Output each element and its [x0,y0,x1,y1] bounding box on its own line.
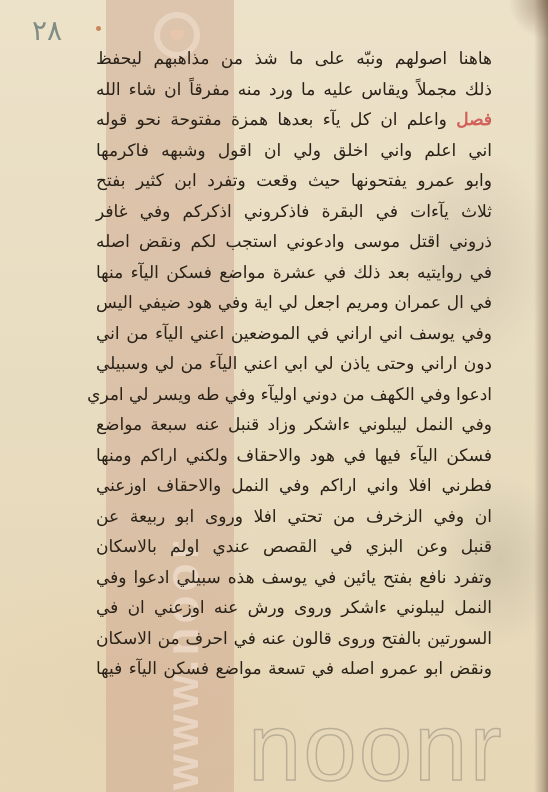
text-line: ثلاث يآءات في البقرة فاذكروني اذكركم وفي… [96,197,492,228]
text-line: ذروني اقتل موسى وادعوني استجب لكم ونقض ا… [96,227,492,258]
text-line: ادعوا وفي الكهف من دوني اوليآء وفي طه وي… [96,380,492,411]
manuscript-text: هاهنا اصولهم ونبّه على ما شذ من مذاهبهم … [96,44,492,685]
ink-spot [96,26,101,31]
text-line-rubric: فصل واعلم ان كل يآء بعدها همزة مفتوحة نح… [96,105,492,136]
text-line: ذلك مجملاً ويقاس عليه ما ورد منه مفرقاً … [96,75,492,106]
text-line: فطرني افلا واني اراكم وفي النمل والاحقاف… [96,471,492,502]
text-line: واعلم ان كل يآء بعدها همزة مفتوحة نحو قو… [96,110,447,130]
text-line: دون اراني وحتى ياذن لي ابي اعني اليآء من… [96,349,492,380]
text-line: ونقض ابو عمرو اصله في تسعة مواضع فسكن ال… [96,654,492,685]
text-line: وفي النمل ليبلوني ءاشكر وزاد قنبل عنه سب… [96,410,492,441]
text-line: هاهنا اصولهم ونبّه على ما شذ من مذاهبهم … [96,44,492,75]
text-line: في ال عمران ومريم اجعل لي اية وفي هود ضي… [96,288,492,319]
watermark-horizontal-text: noonr [248,700,504,792]
folio-number: ٢٨ [32,14,62,47]
text-line: وابو عمرو يفتحونها حيث وقعت وتفرد ابن كث… [96,166,492,197]
text-line: في روايتيه بعد ذلك في عشرة مواضع فسكن ال… [96,258,492,289]
text-line: ان وفي الزخرف من تحتي افلا وروى ابو ربيع… [96,502,492,533]
manuscript-page: www.noor ٢٨ هاهنا اصولهم ونبّه على ما شذ… [0,0,548,792]
rubric-heading: فصل [456,110,492,130]
text-line: وتفرد نافع بفتح يائين في يوسف هذه سبيلي … [96,563,492,594]
page-edge [534,0,548,792]
text-line: قنبل وعن البزي في القصص عندي اولم بالاسك… [96,532,492,563]
text-line: فسكن اليآء فيها في هود والاحقاف ولكني ار… [96,441,492,472]
page-corner-damage [508,0,548,40]
text-line: وفي يوسف اني اراني في الموضعين اعني اليآ… [96,319,492,350]
text-line: اني اعلم واني اخلق ولي ان اقول وشبهه فاك… [96,136,492,167]
text-line: النمل ليبلوني ءاشكر وروى ورش عنه اوزعني … [96,593,492,624]
text-line: السورتين بالفتح وروى قالون عنه في احرف م… [96,624,492,655]
